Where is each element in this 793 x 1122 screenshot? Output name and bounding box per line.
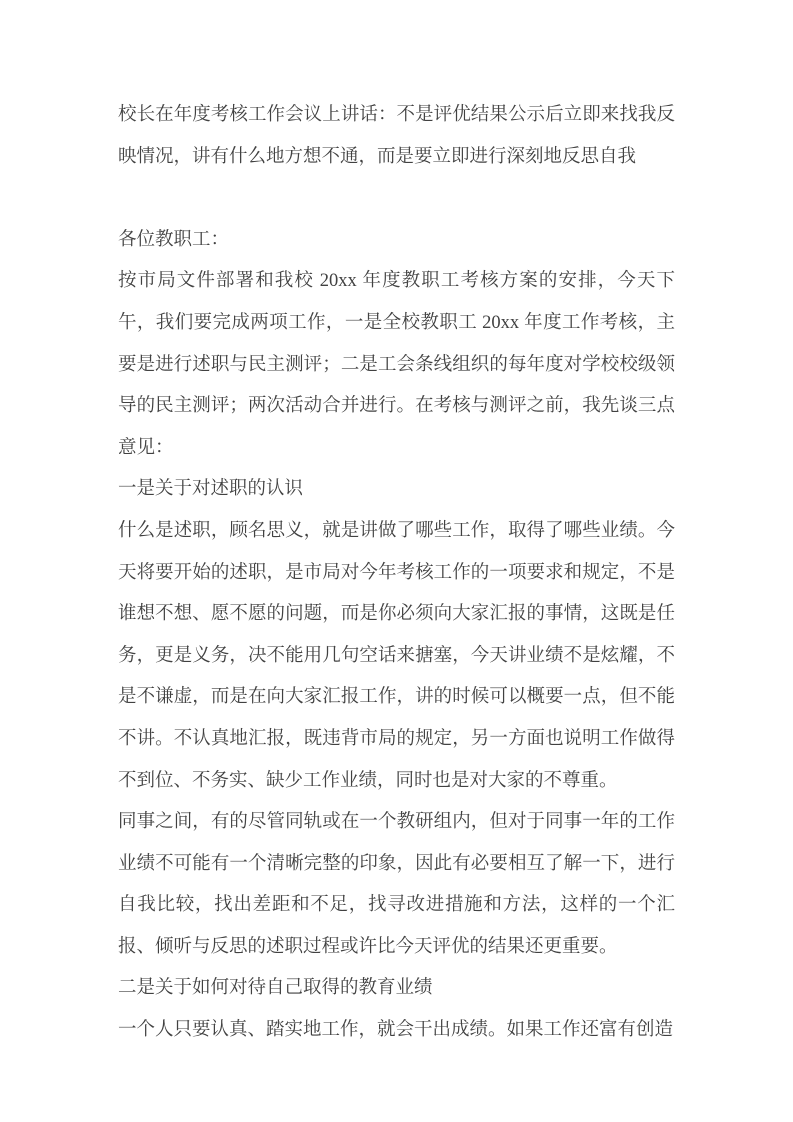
- salutation-line: 各位教职工：: [118, 220, 675, 262]
- opening-paragraph: 按市局文件部署和我校 20xx 年度教职工考核方案的安排，今天下午，我们要完成两…: [118, 261, 675, 469]
- document-body: 校长在年度考核工作会议上讲话：不是评优结果公示后立即来找我反映情况，讲有什么地方…: [118, 95, 675, 1052]
- title-paragraph: 校长在年度考核工作会议上讲话：不是评优结果公示后立即来找我反映情况，讲有什么地方…: [118, 95, 675, 178]
- section-heading-one: 一是关于对述职的认识: [118, 469, 675, 511]
- body-paragraph-two: 同事之间，有的尽管同轨或在一个教研组内，但对于同事一年的工作业绩不可能有一个清晰…: [118, 802, 675, 968]
- body-paragraph-one: 什么是述职，顾名思义，就是讲做了哪些工作，取得了哪些业绩。今天将要开始的述职，是…: [118, 511, 675, 802]
- document-page: 校长在年度考核工作会议上讲话：不是评优结果公示后立即来找我反映情况，讲有什么地方…: [0, 0, 793, 1122]
- body-paragraph-three: 一个人只要认真、踏实地工作，就会干出成绩。如果工作还富有创造: [118, 1010, 675, 1052]
- section-heading-two: 二是关于如何对待自己取得的教育业绩: [118, 968, 675, 1010]
